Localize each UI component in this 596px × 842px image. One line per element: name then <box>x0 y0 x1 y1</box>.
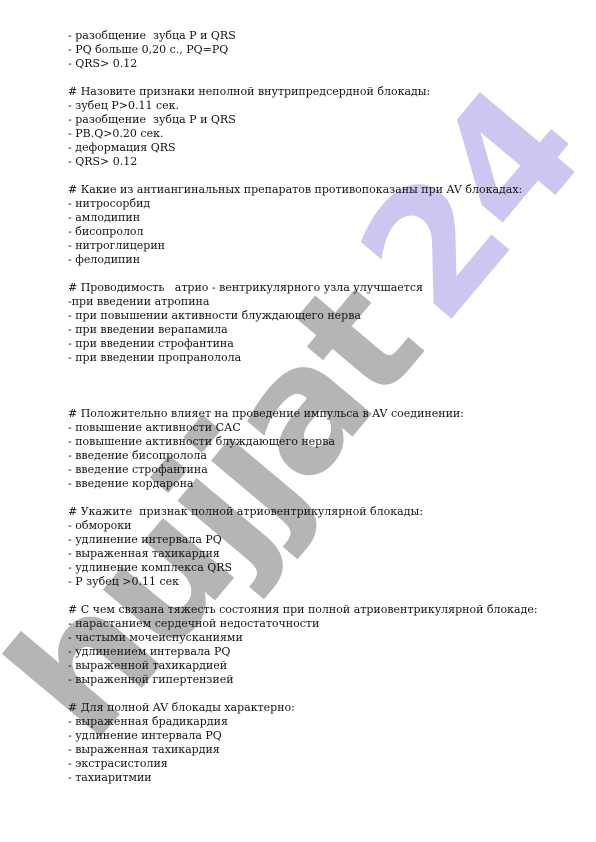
answer-option: - нарастанием сердечной недостаточности <box>68 617 538 631</box>
answer-option: - нитросорбид <box>68 197 538 211</box>
answer-option: - при введении строфантина <box>68 337 538 351</box>
question-block: # С чем связана тяжесть состояния при по… <box>68 603 538 687</box>
question-text: # Какие из антиангинальных препаратов пр… <box>68 183 538 197</box>
question-block: # Назовите признаки неполной внутрипредс… <box>68 85 538 169</box>
question-text: # Укажите признак полной атриовентрикуля… <box>68 505 538 519</box>
answer-option: - разобщение зубца P и QRS <box>68 29 538 43</box>
question-block: - разобщение зубца P и QRS- PQ больше 0,… <box>68 29 538 71</box>
answer-option: - тахиаритмии <box>68 771 538 785</box>
question-block: # Какие из антиангинальных препаратов пр… <box>68 183 538 267</box>
answer-option: - амлодипин <box>68 211 538 225</box>
answer-option: - при введении пропранолола <box>68 351 538 365</box>
answer-option: - выраженной гипертензией <box>68 673 538 687</box>
answer-option: - деформация QRS <box>68 141 538 155</box>
question-text: # Для полной AV блокады характерно: <box>68 701 538 715</box>
question-text: # Назовите признаки неполной внутрипредс… <box>68 85 538 99</box>
answer-option: - введение кордарона <box>68 477 538 491</box>
document-page: hujjat24 - разобщение зубца P и QRS- PQ … <box>0 0 596 842</box>
answer-option: - PQ больше 0,20 с., PQ=PQ <box>68 43 538 57</box>
question-block: # Для полной AV блокады характерно:- выр… <box>68 701 538 785</box>
answer-option: - бисопролол <box>68 225 538 239</box>
answer-option: - выраженная тахикардия <box>68 547 538 561</box>
question-text: # Положительно влияет на проведение импу… <box>68 407 538 421</box>
answer-option: - при введении верапамила <box>68 323 538 337</box>
answer-option: -при введении атропина <box>68 295 538 309</box>
answer-option: - выраженной тахикардией <box>68 659 538 673</box>
answer-option: - PB.Q>0.20 сек. <box>68 127 538 141</box>
answer-option: - повышение активности блуждающего нерва <box>68 435 538 449</box>
document-body: - разобщение зубца P и QRS- PQ больше 0,… <box>68 29 538 799</box>
answer-option: - QRS> 0.12 <box>68 155 538 169</box>
answer-option: - удлинением интервала PQ <box>68 645 538 659</box>
answer-option: - введение строфантина <box>68 463 538 477</box>
answer-option: - нитроглицерин <box>68 239 538 253</box>
question-block: # Положительно влияет на проведение импу… <box>68 407 538 491</box>
answer-option: - выраженная брадикардия <box>68 715 538 729</box>
question-text: # С чем связана тяжесть состояния при по… <box>68 603 538 617</box>
answer-option: - удлинение комплекса QRS <box>68 561 538 575</box>
answer-option: - удлинение интервала PQ <box>68 533 538 547</box>
question-text: # Проводимость атрио - вентрикулярного у… <box>68 281 538 295</box>
answer-option: - QRS> 0.12 <box>68 57 538 71</box>
answer-option: - выраженная тахикардия <box>68 743 538 757</box>
answer-option: - при повышении активности блуждающего н… <box>68 309 538 323</box>
answer-option: - обмороки <box>68 519 538 533</box>
answer-option: - фелодипин <box>68 253 538 267</box>
answer-option: - повышение активности САС <box>68 421 538 435</box>
answer-option: - зубец P>0.11 сек. <box>68 99 538 113</box>
answer-option: - частыми мочеиспусканиями <box>68 631 538 645</box>
answer-option: - P зубец >0.11 сек <box>68 575 538 589</box>
question-block: # Укажите признак полной атриовентрикуля… <box>68 505 538 589</box>
answer-option: - удлинение интервала PQ <box>68 729 538 743</box>
answer-option: - экстрасистолия <box>68 757 538 771</box>
question-block: # Проводимость атрио - вентрикулярного у… <box>68 281 538 365</box>
answer-option: - введение бисопролола <box>68 449 538 463</box>
answer-option: - разобщение зубца P и QRS <box>68 113 538 127</box>
